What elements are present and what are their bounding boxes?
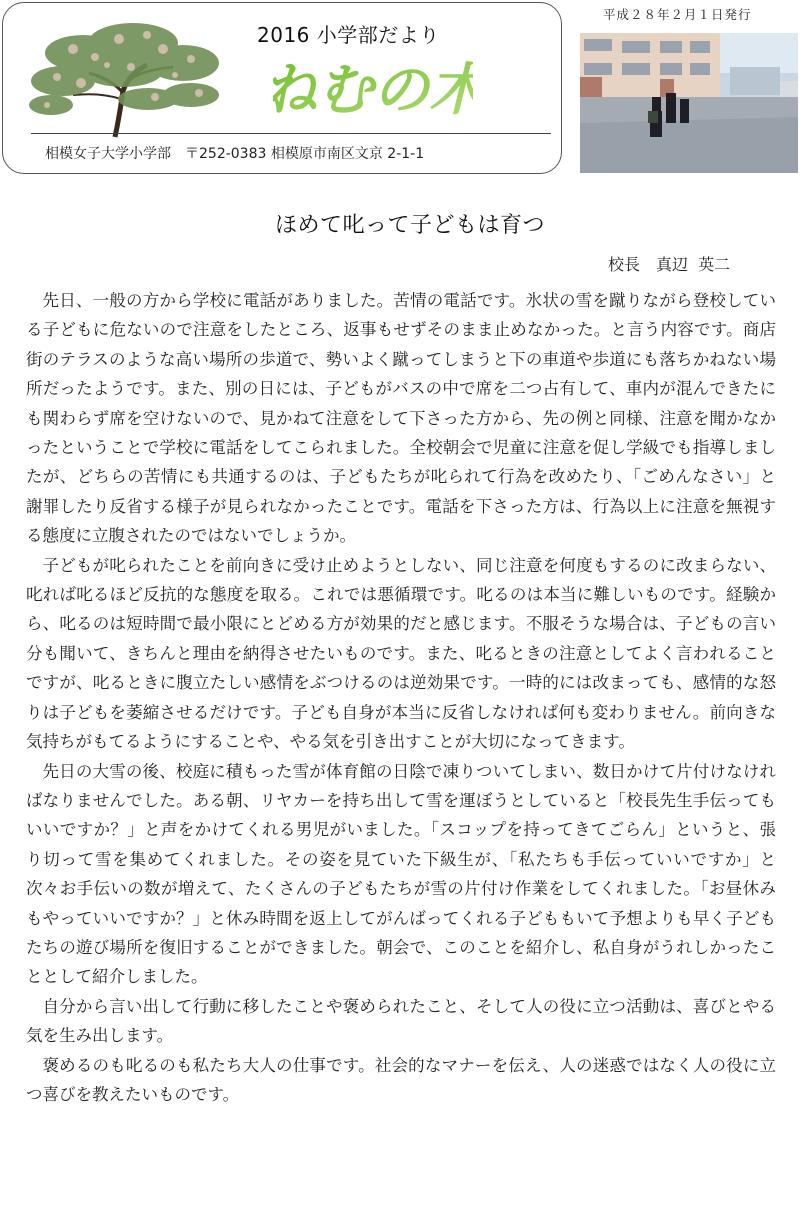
header-divider (31, 133, 551, 134)
tree-illustration (23, 13, 223, 138)
paragraph-4: 自分から言い出して行動に移したことや褒められたこと、そして人の役に立つ活動は、喜… (26, 992, 776, 1051)
article-title: ほめて叱って子どもは育つ (0, 208, 800, 239)
school-address: 相模女子大学小学部 〒252-0383 相模原市南区文京 2-1-1 (45, 143, 424, 163)
issue-date: 平成２８年２月１日発行 (603, 5, 752, 23)
newsletter-title: 2016 小学部だより (257, 19, 440, 48)
paragraph-1: 先日、一般の方から学校に電話がありました。苦情の電話です。氷状の雪を蹴りながら登… (26, 286, 776, 551)
paragraph-2: 子どもが叱られたことを前向きに受け止めようとしない、同じ注意を何度もするのに改ま… (26, 551, 776, 757)
author-byline: 校長 真辺 英二 (608, 252, 730, 275)
masthead: 2016 小学部だより ねむの木 相模女子大学小学部 〒252-0383 相模原… (2, 2, 562, 174)
nemunoki-logo: ねむの木 (273, 47, 473, 125)
article-body: 先日、一般の方から学校に電話がありました。苦情の電話です。氷状の雪を蹴りながら登… (26, 286, 776, 1109)
svg-text:ねむの木: ねむの木 (273, 57, 473, 123)
schoolyard-photo (580, 33, 798, 173)
paragraph-5: 褒めるのも叱るのも私たち大人の仕事です。社会的なマナーを伝え、人の迷惑ではなく人… (26, 1051, 776, 1110)
paragraph-3: 先日の大雪の後、校庭に積もった雪が体育館の日陰で凍りついてしまい、数日かけて片付… (26, 757, 776, 992)
